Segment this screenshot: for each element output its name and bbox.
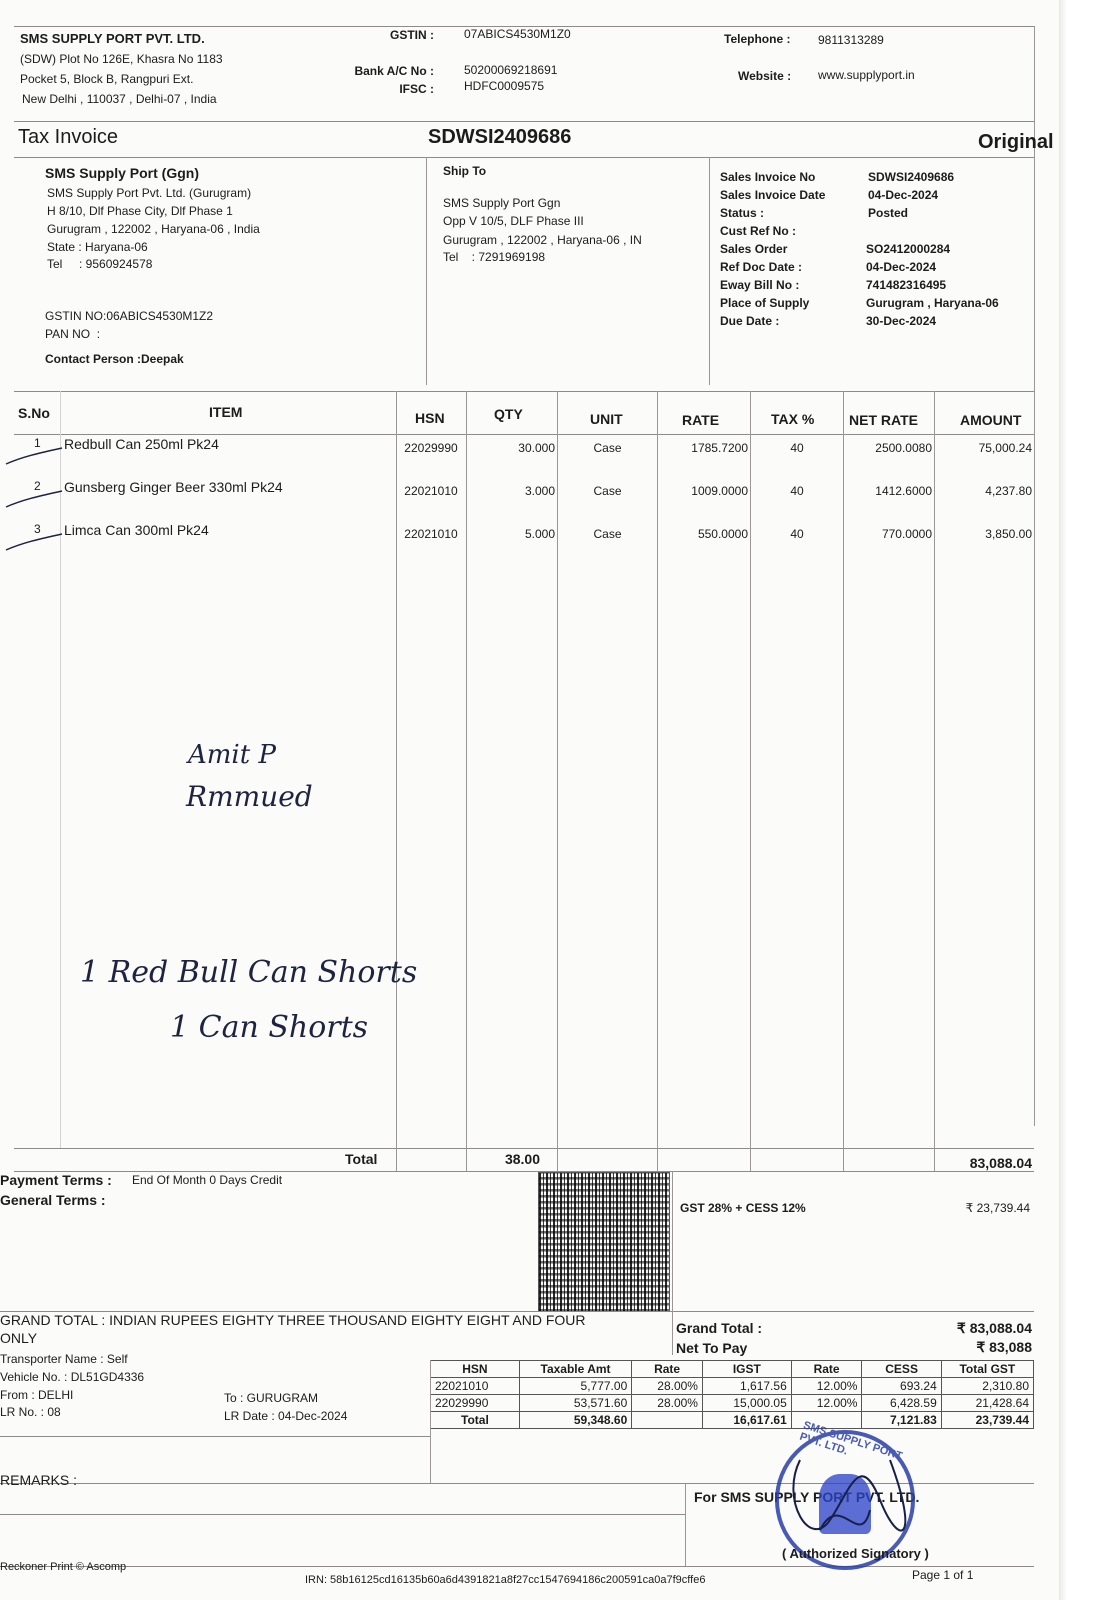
meta-value: SO2412000284 xyxy=(866,242,950,256)
grand-total-words: GRAND TOTAL : INDIAN RUPEES EIGHTY THREE… xyxy=(0,1312,586,1328)
ship-to-line: Tel : 7291969198 xyxy=(443,250,545,264)
cell-unit: Case xyxy=(560,527,655,541)
gst-cell: 28.00% xyxy=(632,1378,703,1395)
gst-cell: 28.00% xyxy=(632,1395,703,1412)
divider xyxy=(14,1171,1034,1172)
cell-tax: 40 xyxy=(753,527,841,541)
lr-date: LR Date : 04-Dec-2024 xyxy=(224,1409,347,1423)
handwritten-name-2: Rmmued xyxy=(186,780,313,813)
authorized-signatory: ( Authorized Signatory ) xyxy=(782,1546,929,1561)
gst-col-header: IGST xyxy=(702,1361,791,1378)
grand-total-label: Grand Total : xyxy=(676,1320,762,1336)
grand-total-words-2: ONLY xyxy=(0,1330,37,1346)
cell-qty: 30.000 xyxy=(470,441,555,455)
cell-item: Gunsberg Ginger Beer 330ml Pk24 xyxy=(64,479,384,495)
tax-summary-value: ₹ 23,739.44 xyxy=(920,1201,1030,1215)
meta-label: Due Date : xyxy=(720,314,779,328)
gst-table-row: 220210105,777.0028.00%1,617.5612.00%693.… xyxy=(431,1378,1034,1395)
gst-cell: 12.00% xyxy=(791,1395,862,1412)
meta-label: Eway Bill No : xyxy=(720,278,799,292)
gst-cell: 6,428.59 xyxy=(862,1395,941,1412)
bill-to-line: State : Haryana-06 xyxy=(47,240,148,254)
ifsc-value: HDFC0009575 xyxy=(464,79,544,93)
invoice-page: SMS SUPPLY PORT PVT. LTD. (SDW) Plot No … xyxy=(0,0,1101,1600)
pen-tick-icon xyxy=(4,528,64,558)
tax-summary-label: GST 28% + CESS 12% xyxy=(680,1201,806,1215)
meta-value: 04-Dec-2024 xyxy=(866,260,936,274)
gst-total-cell: 23,739.44 xyxy=(941,1412,1033,1429)
divider xyxy=(466,391,467,1171)
vehicle-number: Vehicle No. : DL51GD4336 xyxy=(0,1370,144,1384)
cell-item: Limca Can 300ml Pk24 xyxy=(64,522,384,538)
gst-cell: 693.24 xyxy=(862,1378,941,1395)
gst-col-header: Rate xyxy=(791,1361,862,1378)
gst-total-cell: 59,348.60 xyxy=(519,1412,631,1429)
divider xyxy=(672,1311,673,1355)
invoice-number: SDWSI2409686 xyxy=(428,126,571,149)
gstin-label: GSTIN : xyxy=(360,28,434,42)
cell-rate: 1009.0000 xyxy=(660,484,748,498)
gst-col-header: CESS xyxy=(862,1361,941,1378)
divider xyxy=(709,157,710,385)
bill-to-line: Gurugram , 122002 , Haryana-06 , India xyxy=(47,222,260,236)
document-type: Tax Invoice xyxy=(18,126,118,149)
cell-hsn: 22029990 xyxy=(398,441,464,455)
divider xyxy=(685,1483,686,1566)
bill-to-name: SMS Supply Port (Ggn) xyxy=(45,165,199,181)
divider xyxy=(1034,26,1035,1126)
cell-item: Redbull Can 250ml Pk24 xyxy=(64,436,384,452)
col-header-hsn: HSN xyxy=(415,410,445,426)
gst-total-cell: 7,121.83 xyxy=(862,1412,941,1429)
company-address-2: Pocket 5, Block B, Rangpuri Ext. xyxy=(20,72,193,86)
divider xyxy=(14,391,1034,392)
gst-cell: 22029990 xyxy=(431,1395,520,1412)
gst-total-cell: 16,617.61 xyxy=(702,1412,791,1429)
meta-label: Ref Doc Date : xyxy=(720,260,802,274)
meta-value: SDWSI2409686 xyxy=(868,170,954,184)
divider xyxy=(750,391,751,1171)
col-header-net-rate: NET RATE xyxy=(849,412,918,428)
bill-to-line: H 8/10, Dlf Phase City, Dlf Phase 1 xyxy=(47,204,233,218)
bill-to-line: SMS Supply Port Pvt. Ltd. (Gurugram) xyxy=(47,186,251,200)
meta-value: 30-Dec-2024 xyxy=(866,314,936,328)
payment-terms-value: End Of Month 0 Days Credit xyxy=(132,1173,282,1187)
gst-total-cell: Total xyxy=(431,1412,520,1429)
divider xyxy=(672,1171,673,1311)
paper-edge xyxy=(1059,0,1101,1600)
divider xyxy=(0,1566,1034,1567)
divider xyxy=(14,157,1034,158)
meta-value: Posted xyxy=(868,206,908,220)
divider xyxy=(557,391,558,1171)
pen-tick-icon xyxy=(4,442,64,472)
total-amount: 83,088.04 xyxy=(936,1155,1032,1171)
ship-to-line: Opp V 10/5, DLF Phase III xyxy=(443,214,584,228)
cell-rate: 550.0000 xyxy=(660,527,748,541)
cell-hsn: 22021010 xyxy=(398,527,464,541)
col-header-sno: S.No xyxy=(18,405,50,421)
bill-to-line: Tel : 9560924578 xyxy=(47,257,152,271)
gst-cell: 2,310.80 xyxy=(941,1378,1033,1395)
handwritten-note-2: 1 Can Shorts xyxy=(170,1010,368,1045)
meta-label: Sales Order xyxy=(720,242,787,256)
transporter-name: Transporter Name : Self xyxy=(0,1352,128,1366)
divider xyxy=(0,1514,685,1515)
lr-number: LR No. : 08 xyxy=(0,1405,61,1419)
divider xyxy=(843,391,844,1171)
transport-to: To : GURUGRAM xyxy=(224,1391,318,1405)
gst-total-row: Total59,348.6016,617.617,121.8323,739.44 xyxy=(431,1412,1034,1429)
cell-hsn: 22021010 xyxy=(398,484,464,498)
handwritten-name-1: Amit P xyxy=(188,740,276,770)
divider xyxy=(426,157,427,385)
col-header-unit: UNIT xyxy=(590,411,623,427)
col-header-item: ITEM xyxy=(209,404,242,420)
telephone-label: Telephone : xyxy=(724,32,790,46)
meta-label: Status : xyxy=(720,206,764,220)
gst-total-cell xyxy=(632,1412,703,1429)
gst-col-header: Taxable Amt xyxy=(519,1361,631,1378)
bill-to-pan: PAN NO : xyxy=(45,327,100,341)
cell-net-rate: 2500.0080 xyxy=(846,441,932,455)
contact-person: Contact Person :Deepak xyxy=(45,352,184,366)
bill-to-gstin: GSTIN NO:06ABICS4530M1Z2 xyxy=(45,309,213,323)
company-address-3: New Delhi , 110037 , Delhi-07 , India xyxy=(22,92,217,106)
ship-to-line: SMS Supply Port Ggn xyxy=(443,196,560,210)
gst-cell: 21,428.64 xyxy=(941,1395,1033,1412)
divider xyxy=(657,391,658,1171)
printer-credit: Reckoner Print © Ascomp xyxy=(0,1561,126,1573)
divider xyxy=(14,1148,1034,1149)
cell-net-rate: 1412.6000 xyxy=(846,484,932,498)
irn-number: IRN: 58b16125cd16135b60a6d4391821a8f27cc… xyxy=(305,1574,705,1586)
company-address-1: (SDW) Plot No 126E, Khasra No 1183 xyxy=(20,52,223,66)
gst-col-header: HSN xyxy=(431,1361,520,1378)
gst-col-header: Total GST xyxy=(941,1361,1033,1378)
gst-cell: 12.00% xyxy=(791,1378,862,1395)
general-terms-label: General Terms : xyxy=(0,1192,106,1208)
handwritten-note-1: 1 Red Bull Can Shorts xyxy=(80,955,417,990)
cell-unit: Case xyxy=(560,441,655,455)
gst-cell: 5,777.00 xyxy=(519,1378,631,1395)
remarks-label: REMARKS : xyxy=(0,1472,77,1488)
cell-tax: 40 xyxy=(753,484,841,498)
divider xyxy=(396,391,397,1171)
website-label: Website : xyxy=(738,69,791,83)
divider xyxy=(14,121,1034,122)
meta-value: 741482316495 xyxy=(866,278,946,292)
col-header-qty: QTY xyxy=(494,406,523,422)
bank-label: Bank A/C No : xyxy=(330,64,434,78)
meta-value: Gurugram , Haryana-06 xyxy=(866,296,999,310)
copy-type: Original xyxy=(978,131,1054,154)
col-header-tax: TAX % xyxy=(771,411,814,427)
gst-cell: 53,571.60 xyxy=(519,1395,631,1412)
payment-terms-label: Payment Terms : xyxy=(0,1172,112,1188)
meta-value: 04-Dec-2024 xyxy=(868,188,938,202)
col-header-rate: RATE xyxy=(682,412,719,428)
page-number: Page 1 of 1 xyxy=(912,1568,973,1582)
divider xyxy=(934,391,935,1171)
gst-summary-table: HSNTaxable AmtRateIGSTRateCESSTotal GST … xyxy=(430,1360,1034,1429)
cell-tax: 40 xyxy=(753,441,841,455)
gst-col-header: Rate xyxy=(632,1361,703,1378)
cell-amount: 3,850.00 xyxy=(937,527,1032,541)
cell-net-rate: 770.0000 xyxy=(846,527,932,541)
meta-label: Place of Supply xyxy=(720,296,809,310)
net-to-pay-label: Net To Pay xyxy=(676,1340,747,1356)
company-name: SMS SUPPLY PORT PVT. LTD. xyxy=(20,31,205,46)
cell-amount: 75,000.24 xyxy=(937,441,1032,455)
e-invoice-qr-code xyxy=(538,1172,670,1312)
divider xyxy=(14,434,1034,435)
website-value: www.supplyport.in xyxy=(818,68,915,82)
gstin-value: 07ABICS4530M1Z0 xyxy=(464,27,571,41)
grand-total-value: ₹ 83,088.04 xyxy=(900,1320,1032,1337)
cell-amount: 4,237.80 xyxy=(937,484,1032,498)
pen-tick-icon xyxy=(4,485,64,515)
telephone-value: 9811313289 xyxy=(818,33,884,47)
cell-rate: 1785.7200 xyxy=(660,441,748,455)
total-qty: 38.00 xyxy=(470,1151,540,1167)
col-header-amount: AMOUNT xyxy=(960,412,1021,428)
ship-to-label: Ship To xyxy=(443,164,486,178)
gst-table-row: 2202999053,571.6028.00%15,000.0512.00%6,… xyxy=(431,1395,1034,1412)
total-label: Total xyxy=(345,1151,377,1167)
meta-label: Sales Invoice Date xyxy=(720,188,825,202)
divider xyxy=(430,1360,431,1483)
cell-qty: 3.000 xyxy=(470,484,555,498)
gst-cell: 22021010 xyxy=(431,1378,520,1395)
cell-qty: 5.000 xyxy=(470,527,555,541)
divider xyxy=(0,1436,430,1437)
bank-value: 50200069218691 xyxy=(464,63,557,77)
transport-from: From : DELHI xyxy=(0,1388,73,1402)
meta-label: Cust Ref No : xyxy=(720,224,796,238)
meta-label: Sales Invoice No xyxy=(720,170,815,184)
gst-cell: 1,617.56 xyxy=(702,1378,791,1395)
ship-to-line: Gurugram , 122002 , Haryana-06 , IN xyxy=(443,233,642,247)
gst-cell: 15,000.05 xyxy=(702,1395,791,1412)
ifsc-label: IFSC : xyxy=(360,82,434,96)
net-to-pay-value: ₹ 83,088 xyxy=(900,1339,1032,1356)
signature-icon xyxy=(770,1440,940,1560)
cell-unit: Case xyxy=(560,484,655,498)
